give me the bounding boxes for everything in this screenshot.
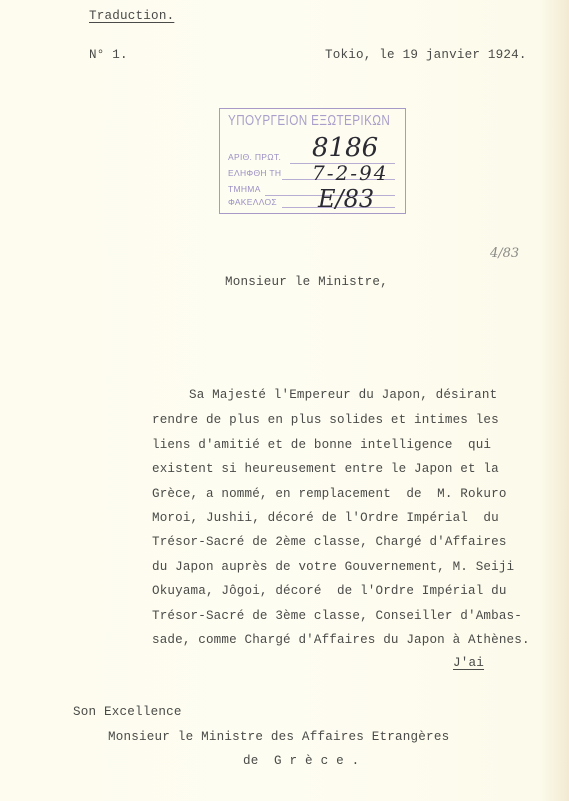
- document-number: N° 1.: [89, 49, 128, 62]
- document-heading: Traduction.: [89, 10, 174, 23]
- body-line: Sa Majesté l'Empereur du Japon, désirant: [189, 388, 497, 402]
- body-line: sade, comme Chargé d'Affaires du Japon à…: [152, 633, 530, 647]
- stamp-label-folder: ΦΑΚΕΛΛΟΣ: [228, 197, 277, 207]
- body-line: rendre de plus en plus solides et intime…: [152, 413, 499, 427]
- addressee-country: de G r è c e .: [243, 755, 359, 768]
- body-line: Okuyama, Jôgoi, décoré de l'Ordre Impéri…: [152, 584, 507, 598]
- stamp-label-protocol: ΑΡΙΘ. ΠΡΩΤ.: [228, 152, 281, 162]
- registry-stamp: ΥΠΟΥΡΓΕΙΟΝ ΕΞΩΤΕΡΙΚΩΝ ΑΡΙΘ. ΠΡΩΤ. ΕΛΗΦΘΗ…: [219, 108, 406, 214]
- body-line: Trésor-Sacré de 3ème classe, Conseiller …: [152, 609, 522, 623]
- body-line: liens d'amitié et de bonne intelligence …: [152, 438, 491, 452]
- body-line: Grèce, a nommé, en remplacement de M. Ro…: [152, 487, 507, 501]
- addressee-title: Son Excellence: [73, 706, 182, 719]
- body-line: du Japon auprès de votre Gouvernement, M…: [152, 560, 514, 574]
- place-date: Tokio, le 19 janvier 1924.: [325, 49, 527, 62]
- handwritten-folder: Ε/83: [318, 185, 374, 213]
- stamp-label-received: ΕΛΗΦΘΗ ΤΗ: [228, 168, 281, 178]
- margin-pencil-note: 4/83: [490, 246, 519, 261]
- handwritten-protocol-number: 8186: [312, 133, 378, 163]
- body-line: Trésor-Sacré de 2ème classe, Chargé d'Af…: [152, 535, 507, 549]
- stamp-label-section: ΤΜΗΜΑ: [228, 184, 261, 194]
- addressee-office: Monsieur le Ministre des Affaires Etrang…: [108, 731, 449, 744]
- body-line: existent si heureusement entre le Japon …: [152, 462, 499, 476]
- body-line: Moroi, Jushii, décoré de l'Ordre Impéria…: [152, 511, 499, 525]
- document-page: Traduction. N° 1. Tokio, le 19 janvier 1…: [0, 0, 569, 801]
- continuation-word: J'ai: [453, 657, 484, 670]
- handwritten-date: 7-2-94: [312, 161, 388, 185]
- salutation: Monsieur le Ministre,: [225, 276, 388, 289]
- stamp-heading: ΥΠΟΥΡΓΕΙΟΝ ΕΞΩΤΕΡΙΚΩΝ: [228, 112, 390, 129]
